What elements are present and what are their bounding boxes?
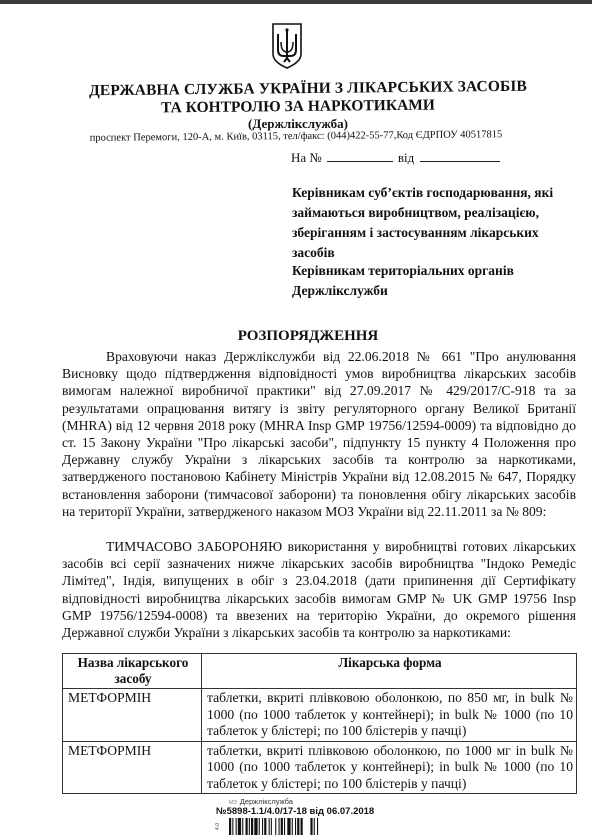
paragraph-text: ТИМЧАСОВО ЗАБОРОНЯЮ використання у вироб… (62, 538, 576, 641)
medicine-name: МЕТФОРМІН (63, 689, 202, 742)
stamp-registration-number: №5898-1.1/4.0/17-18 від 06.07.2018 (215, 806, 415, 817)
registration-stamp: МЭДержлікслужба №5898-1.1/4.0/17-18 від … (215, 797, 415, 835)
column-header-form: Лікарська форма (202, 654, 577, 689)
medicine-name: МЕТФОРМІН (63, 741, 202, 794)
addressee-business-entities: Керівникам суб’єктів господарювання, які… (292, 183, 582, 263)
stamp-side-code: 4.0 (215, 823, 221, 830)
medicine-form: таблетки, вкриті плівковою оболонкою, по… (202, 741, 577, 794)
addressee-territorial-bodies: Керівникам територіальних органів Держлі… (292, 261, 582, 301)
medicines-table: Назва лікарського засобу Лікарська форма… (62, 653, 577, 794)
stamp-organization-line: МЭДержлікслужба (215, 797, 415, 806)
document-title: РОЗПОРЯДЖЕННЯ (0, 328, 592, 345)
paragraph-text: Враховуючи наказ Держлікслужби від 22.06… (62, 348, 576, 520)
stamp-barcode-row: 4.0 (215, 818, 415, 835)
column-header-name: Назва лікарського засобу (63, 654, 202, 689)
reference-line: На №від (291, 150, 500, 166)
reference-number-blank (327, 151, 393, 162)
ukraine-trident-emblem-icon (271, 22, 303, 70)
table-row: МЕТФОРМІН таблетки, вкриті плівковою обо… (63, 741, 577, 794)
barcode-icon (229, 818, 354, 835)
scan-top-edge (0, 0, 592, 4)
reference-number-label: На № (291, 150, 322, 165)
medicine-form: таблетки, вкриті плівковою оболонкою, по… (202, 689, 577, 742)
table-header-row: Назва лікарського засобу Лікарська форма (63, 654, 577, 689)
order-paragraph: ТИМЧАСОВО ЗАБОРОНЯЮ використання у вироб… (62, 538, 576, 641)
table-row: МЕТФОРМІН таблетки, вкриті плівковою обо… (63, 689, 577, 742)
stamp-organization: Держлікслужба (240, 797, 293, 806)
reference-date-label: від (398, 150, 414, 165)
preamble-paragraph: Враховуючи наказ Держлікслужби від 22.06… (62, 348, 576, 520)
reference-date-blank (420, 151, 500, 162)
